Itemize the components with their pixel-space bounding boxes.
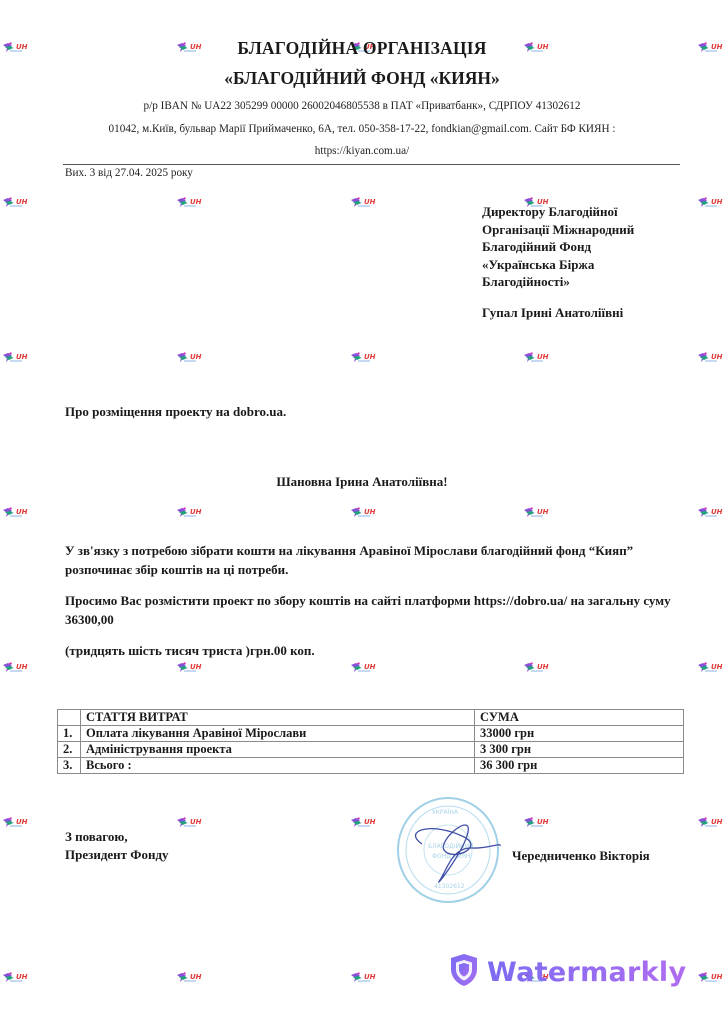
svg-text:UH: UH xyxy=(16,663,28,671)
bird-logo-icon: UH xyxy=(523,660,553,674)
addressee-line: «Українська Біржа xyxy=(482,256,634,274)
body-paragraph-1: У зв'язку з потребою зібрати кошти на лі… xyxy=(65,541,685,579)
svg-text:UH: UH xyxy=(364,973,376,981)
organization-name: «БЛАГОДІЙНИЙ ФОНД «КИЯН» xyxy=(0,68,724,89)
svg-text:UH: UH xyxy=(16,198,28,206)
table-row: 3. Всього : 36 300 грн xyxy=(58,758,684,774)
header-cell-item: СТАТТЯ ВИТРАТ xyxy=(81,710,475,726)
bird-logo-icon: UH xyxy=(2,660,32,674)
watermarkly-badge: Watermarkly xyxy=(449,952,686,992)
bird-logo-icon: UH xyxy=(2,970,32,984)
addressee-line: Благодійний Фонд xyxy=(482,238,634,256)
svg-text:UH: UH xyxy=(537,663,549,671)
bird-logo-icon: UH xyxy=(176,815,206,829)
website-link[interactable]: https://kiyan.com.ua/ xyxy=(0,145,724,157)
bird-logo-icon: UH xyxy=(350,350,380,364)
row-item: Оплата лікування Аравіної Мірослави xyxy=(81,726,475,742)
svg-text:UH: UH xyxy=(364,818,376,826)
addressee-line: Благодійності» xyxy=(482,273,634,291)
organization-type: БЛАГОДІЙНА ОРГАНІЗАЦІЯ xyxy=(0,38,724,59)
addressee-line: Організації Міжнародний xyxy=(482,221,634,239)
svg-text:UH: UH xyxy=(364,198,376,206)
bird-logo-icon: UH xyxy=(2,505,32,519)
table-row: 2. Адміністрування проекта 3 300 грн xyxy=(58,742,684,758)
bird-logo-icon: UH xyxy=(697,350,724,364)
svg-text:UH: UH xyxy=(16,353,28,361)
greeting: Шановна Ірина Анатоліївна! xyxy=(0,474,724,490)
bird-logo-icon: UH xyxy=(350,660,380,674)
row-num: 1. xyxy=(58,726,81,742)
bird-logo-icon: UH xyxy=(697,970,724,984)
svg-text:UH: UH xyxy=(190,818,202,826)
bank-details: р/р IBAN № UA22 305299 00000 26002046805… xyxy=(0,100,724,112)
svg-text:UH: UH xyxy=(190,508,202,516)
svg-text:UH: UH xyxy=(537,818,549,826)
bird-logo-icon: UH xyxy=(176,505,206,519)
svg-text:UH: UH xyxy=(190,663,202,671)
signature-block: З повагою, Президент Фонду xyxy=(65,828,169,864)
letter-subject: Про розміщення проекту на dobro.ua. xyxy=(65,404,286,420)
body-paragraph-2: Просимо Вас розмістити проект по збору к… xyxy=(65,591,685,629)
addressee-name: Гупал Ірині Анатоліївні xyxy=(482,305,623,321)
address-details: 01042, м.Київ, бульвар Марії Приймаченко… xyxy=(0,123,724,135)
svg-text:UH: UH xyxy=(537,508,549,516)
svg-text:UH: UH xyxy=(190,973,202,981)
bird-logo-icon: UH xyxy=(350,505,380,519)
bird-logo-icon: UH xyxy=(697,660,724,674)
bird-logo-icon: UH xyxy=(176,970,206,984)
bird-logo-icon: UH xyxy=(350,195,380,209)
table-row: 1. Оплата лікування Аравіної Мірослави 3… xyxy=(58,726,684,742)
bird-logo-icon: UH xyxy=(176,660,206,674)
svg-text:UH: UH xyxy=(364,353,376,361)
bird-logo-icon: UH xyxy=(697,815,724,829)
signer-title: Президент Фонду xyxy=(65,846,169,864)
svg-text:UH: UH xyxy=(711,353,723,361)
bird-logo-icon: UH xyxy=(2,815,32,829)
shield-icon xyxy=(449,953,479,992)
bird-logo-icon: UH xyxy=(697,195,724,209)
table-header-row: СТАТТЯ ВИТРАТ СУМА xyxy=(58,710,684,726)
round-seal-icon: УКРАЇНА БЛАГОДІЙНИЙ ФОНД КИЯН 41302612 xyxy=(392,792,504,904)
bird-logo-icon: UH xyxy=(523,350,553,364)
svg-text:UH: UH xyxy=(711,973,723,981)
svg-text:UH: UH xyxy=(711,198,723,206)
letterhead-divider xyxy=(63,164,680,165)
row-item: Адміністрування проекта xyxy=(81,742,475,758)
costs-table: СТАТТЯ ВИТРАТ СУМА 1. Оплата лікування А… xyxy=(57,709,684,774)
svg-text:UH: UH xyxy=(16,973,28,981)
row-amount: 33000 грн xyxy=(475,726,684,742)
svg-text:UH: UH xyxy=(364,663,376,671)
svg-text:UH: UH xyxy=(711,508,723,516)
row-num: 3. xyxy=(58,758,81,774)
bird-logo-icon: UH xyxy=(697,505,724,519)
signer-name: Чередниченко Вікторія xyxy=(512,848,650,864)
row-amount: 36 300 грн xyxy=(475,758,684,774)
svg-text:41302612: 41302612 xyxy=(434,883,465,890)
bird-logo-icon: UH xyxy=(350,970,380,984)
bird-logo-icon: UH xyxy=(2,350,32,364)
svg-text:UH: UH xyxy=(711,818,723,826)
bird-logo-icon: UH xyxy=(176,195,206,209)
header-cell-num xyxy=(58,710,81,726)
row-item: Всього : xyxy=(81,758,475,774)
body-paragraph-3: (тридцять шість тисяч триста )грн.00 коп… xyxy=(65,641,685,660)
bird-logo-icon: UH xyxy=(523,505,553,519)
svg-text:UH: UH xyxy=(16,508,28,516)
header-cell-amount: СУМА xyxy=(475,710,684,726)
svg-text:УКРАЇНА: УКРАЇНА xyxy=(432,809,459,816)
watermarkly-label: Watermarkly xyxy=(487,957,686,988)
svg-text:UH: UH xyxy=(711,663,723,671)
svg-text:UH: UH xyxy=(190,353,202,361)
svg-text:UH: UH xyxy=(537,353,549,361)
addressee-block: Директору Благодійної Організації Міжнар… xyxy=(482,203,634,291)
svg-text:UH: UH xyxy=(16,818,28,826)
bird-logo-icon: UH xyxy=(176,350,206,364)
svg-text:UH: UH xyxy=(190,198,202,206)
bird-logo-icon: UH xyxy=(523,815,553,829)
bird-logo-icon: UH xyxy=(2,195,32,209)
closing-phrase: З повагою, xyxy=(65,828,169,846)
row-amount: 3 300 грн xyxy=(475,742,684,758)
svg-text:UH: UH xyxy=(364,508,376,516)
row-num: 2. xyxy=(58,742,81,758)
addressee-line: Директору Благодійної xyxy=(482,203,634,221)
outgoing-reference: Вих. 3 від 27.04. 2025 року xyxy=(65,167,193,179)
bird-logo-icon: UH xyxy=(350,815,380,829)
